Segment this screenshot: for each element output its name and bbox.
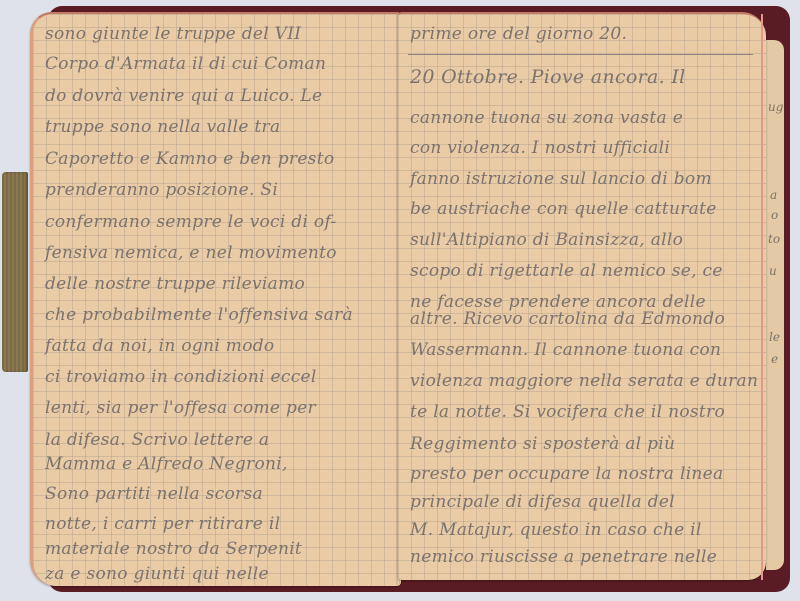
- handwritten-line: fanno istruzione sul lancio di bom: [398, 169, 766, 189]
- diary-scan: ug a o to u le e sono giunte le truppe d…: [0, 0, 800, 601]
- handwritten-line: te la notte. Si vocifera che il nostro: [398, 402, 766, 422]
- handwritten-line: con violenza. I nostri ufficiali: [398, 138, 766, 158]
- handwritten-line: altre. Ricevo cartolina da Edmondo: [398, 309, 766, 329]
- handwritten-line: materiale nostro da Serpenit: [33, 539, 401, 559]
- edge-note: o: [771, 208, 778, 222]
- handwritten-line: nemico riuscisse a penetrare nelle: [398, 547, 766, 567]
- handwritten-line: la difesa. Scrivo lettere a: [33, 430, 401, 450]
- handwritten-line: Reggimento si sposterà al più: [398, 434, 766, 454]
- handwritten-line: Mamma e Alfredo Negroni,: [33, 454, 401, 474]
- handwritten-line: Caporetto e Kamno e ben presto: [33, 149, 401, 169]
- diary-entry-date-line: 20 Ottobre. Piove ancora. Il: [398, 66, 766, 88]
- handwritten-line: lenti, sia per l'offesa come per: [33, 398, 401, 418]
- right-page: prime ore del giorno 20. 20 Ottobre. Pio…: [398, 12, 766, 580]
- handwritten-line: Corpo d'Armata il di cui Coman: [33, 54, 401, 74]
- handwritten-line: presto per occupare la nostra linea: [398, 464, 766, 484]
- handwritten-line: truppe sono nella valle tra: [33, 117, 401, 137]
- handwritten-line: prenderanno posizione. Si: [33, 180, 401, 200]
- handwritten-line: sono giunte le truppe del VII: [33, 24, 401, 44]
- edge-note: a: [770, 188, 777, 202]
- handwritten-line: M. Matajur, questo in caso che il: [398, 520, 766, 540]
- handwritten-line: do dovrà venire qui a Luico. Le: [33, 86, 401, 106]
- handwritten-line: fensiva nemica, e nel movimento: [33, 243, 401, 263]
- handwritten-line: delle nostre truppe rileviamo: [33, 274, 401, 294]
- left-page: sono giunte le truppe del VII Corpo d'Ar…: [30, 12, 401, 586]
- entry-separator-line: [408, 54, 753, 55]
- handwritten-line: Sono partiti nella scorsa: [33, 484, 401, 504]
- handwritten-line: Wassermann. Il cannone tuona con: [398, 340, 766, 360]
- handwritten-line: violenza maggiore nella serata e duran: [398, 371, 766, 391]
- handwritten-line: che probabilmente l'offensiva sarà: [33, 305, 401, 325]
- handwritten-line: sull'Altipiano di Bainsizza, allo: [398, 230, 766, 250]
- edge-note: u: [769, 264, 777, 278]
- handwritten-line: scopo di rigettarle al nemico se, ce: [398, 261, 766, 281]
- bookmark-ribbon: [2, 172, 28, 372]
- handwritten-line: confermano sempre le voci di of-: [33, 212, 401, 232]
- edge-note: le: [769, 330, 780, 344]
- next-page-edge: ug a o to u le e: [766, 40, 784, 570]
- handwritten-line: cannone tuona su zona vasta e: [398, 108, 766, 128]
- edge-note: to: [768, 232, 780, 246]
- edge-note: e: [771, 352, 778, 366]
- handwritten-line: prime ore del giorno 20.: [398, 24, 766, 44]
- handwritten-line: fatta da noi, in ogni modo: [33, 336, 401, 356]
- handwritten-line: notte, i carri per ritirare il: [33, 514, 401, 534]
- handwritten-line: za e sono giunti qui nelle: [33, 564, 401, 584]
- handwritten-line: ci troviamo in condizioni eccel: [33, 367, 401, 387]
- handwritten-line: be austriache con quelle catturate: [398, 199, 766, 219]
- edge-note: ug: [768, 100, 783, 114]
- handwritten-line: principale di difesa quella del: [398, 492, 766, 512]
